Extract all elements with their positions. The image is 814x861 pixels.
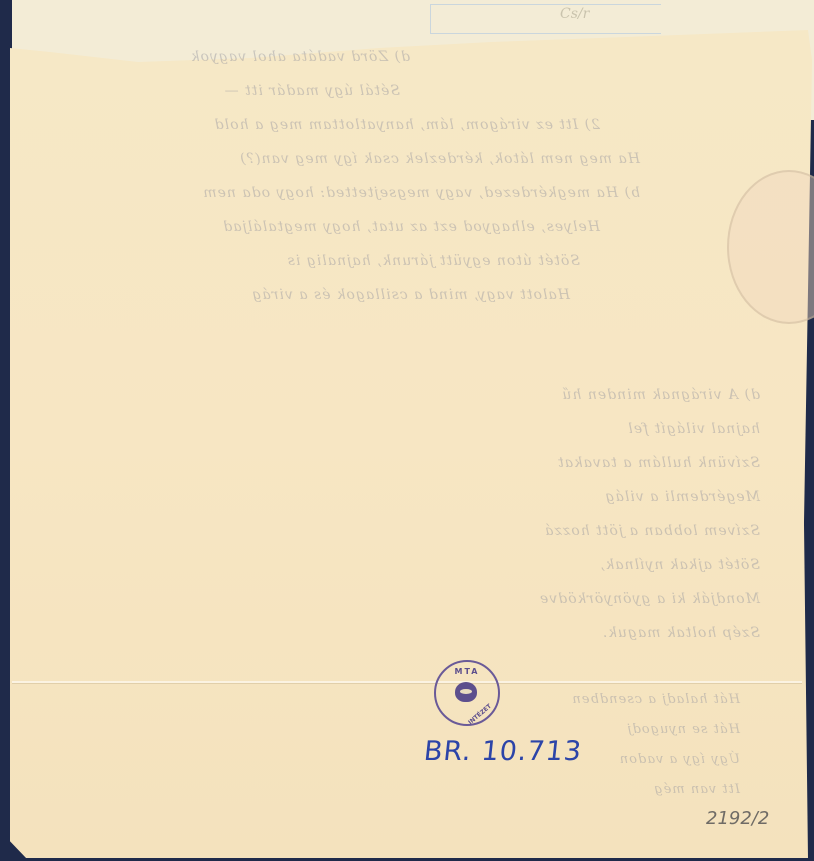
handwriting-line: Szívünk hullám a tavakat	[500, 446, 760, 480]
stamp-top-text: MTA	[436, 667, 498, 676]
inventory-number: BR. 10.713	[422, 736, 583, 767]
corner-pencil-mark: Cs/r	[560, 6, 589, 22]
handwriting-block-lower: Hát haladj a csendben Hát se nyugodj Úgy…	[560, 685, 740, 805]
handwriting-line: Megérdemli a világ	[500, 480, 760, 514]
handwriting-line: Sétál úgy madár itt —	[120, 74, 700, 108]
handwriting-line: Szívem lobban a jött hozzá	[500, 514, 760, 548]
coat-of-arms-icon	[455, 682, 477, 702]
handwriting-line: Mondják ki a gyönyörködve	[500, 582, 760, 616]
handwriting-line: Helyes, elhagyod ezt az utat, hogy megta…	[120, 210, 700, 244]
handwriting-line: hajnal világít fel	[500, 412, 760, 446]
handwriting-block-upper: d) Zörd vadáta ahol vagyok Sétál úgy mad…	[120, 40, 700, 312]
handwriting-line: Hát se nyugodj	[560, 715, 740, 745]
handwriting-line: d) Zörd vadáta ahol vagyok	[120, 40, 700, 74]
handwriting-line: d) A virágnak minden hű	[500, 378, 760, 412]
handwriting-block-middle: d) A virágnak minden hű hajnal világít f…	[500, 378, 760, 650]
fold-crease	[12, 681, 802, 683]
institute-stamp: MTA INTÉZET	[434, 660, 500, 726]
handwriting-line: Itt van még	[560, 775, 740, 805]
ruled-box	[430, 4, 661, 34]
handwriting-line: Halott vagy, mind a csillagok és a virág	[120, 278, 700, 312]
handwriting-line: 2) Itt ez virágom, lám, hanyatlottam meg…	[120, 108, 700, 142]
handwriting-line: b) Ha megkérdezed, vagy megsejtetted: ho…	[120, 176, 700, 210]
handwriting-line: Úgy így a vadon	[560, 745, 740, 775]
handwriting-line: Hát haladj a csendben	[560, 685, 740, 715]
folio-number: 2192/2	[706, 808, 769, 829]
handwriting-line: Ha meg nem látok, kérdezlek csak így meg…	[120, 142, 700, 176]
handwriting-line: Sötét ajkak nyílnak,	[500, 548, 760, 582]
handwriting-line: Szép holtak maguk.	[500, 616, 760, 650]
handwriting-line: Sötét úton együtt járunk, hajnalig is	[120, 244, 700, 278]
